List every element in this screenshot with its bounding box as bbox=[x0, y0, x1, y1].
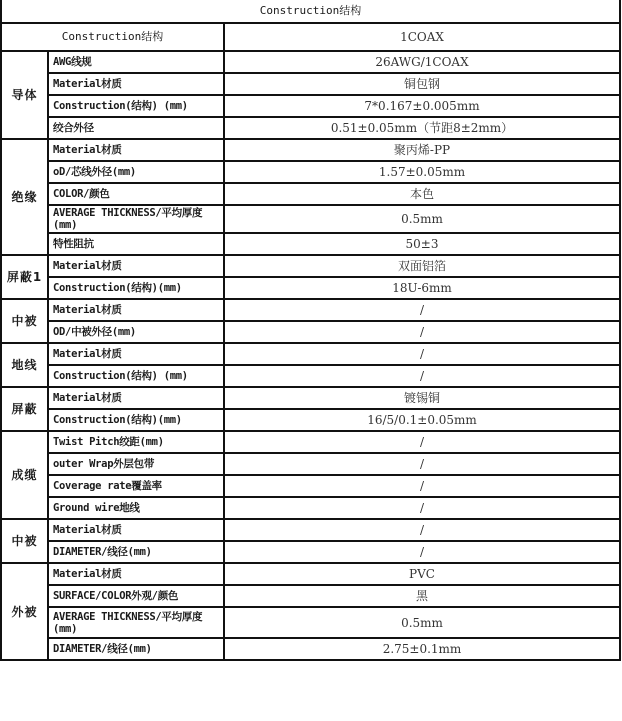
row-value: 0.5mm bbox=[224, 205, 620, 233]
row-label: DIAMETER/线径(mm) bbox=[48, 541, 224, 563]
row-value: 18U-6mm bbox=[224, 277, 620, 299]
row-label: SURFACE/COLOR外观/颜色 bbox=[48, 585, 224, 607]
group-ground-wire: 地线 bbox=[1, 343, 48, 387]
table-row: 绞合外径 0.51±0.05mm（节距8±2mm） bbox=[1, 117, 620, 139]
row-label: Material材质 bbox=[48, 387, 224, 409]
row-value: 双面铝箔 bbox=[224, 255, 620, 277]
row-value: PVC bbox=[224, 563, 620, 585]
row-value: 50±3 bbox=[224, 233, 620, 255]
row-label: Construction(结构)(mm) bbox=[48, 409, 224, 431]
row-label: Material材质 bbox=[48, 343, 224, 365]
row-label: AVERAGE THICKNESS/平均厚度(mm) bbox=[48, 607, 224, 638]
table-row: outer Wrap外层包带 / bbox=[1, 453, 620, 475]
row-value: / bbox=[224, 299, 620, 321]
row-label: OD/中被外径(mm) bbox=[48, 321, 224, 343]
header-value: 1COAX bbox=[224, 23, 620, 51]
header-label: Construction结构 bbox=[1, 23, 224, 51]
row-value: / bbox=[224, 431, 620, 453]
row-label: Material材质 bbox=[48, 255, 224, 277]
table-row: 屏蔽 Material材质 镀锡铜 bbox=[1, 387, 620, 409]
row-label: Construction(结构) (mm) bbox=[48, 95, 224, 117]
table-row: 成缆 Twist Pitch绞距(mm) / bbox=[1, 431, 620, 453]
table-row: AVERAGE THICKNESS/平均厚度(mm) 0.5mm bbox=[1, 205, 620, 233]
row-label: 特性阻抗 bbox=[48, 233, 224, 255]
row-label: AVERAGE THICKNESS/平均厚度(mm) bbox=[48, 205, 224, 233]
group-outer-jacket: 外被 bbox=[1, 563, 48, 660]
row-value: 本色 bbox=[224, 183, 620, 205]
group-conductor: 导体 bbox=[1, 51, 48, 139]
table-row: oD/芯线外径(mm) 1.57±0.05mm bbox=[1, 161, 620, 183]
table-title: Construction结构 bbox=[1, 0, 620, 23]
header-row: Construction结构 1COAX bbox=[1, 23, 620, 51]
row-value: 镀锡铜 bbox=[224, 387, 620, 409]
group-cabling: 成缆 bbox=[1, 431, 48, 519]
table-row: DIAMETER/线径(mm) 2.75±0.1mm bbox=[1, 638, 620, 660]
group-shield: 屏蔽 bbox=[1, 387, 48, 431]
row-label: oD/芯线外径(mm) bbox=[48, 161, 224, 183]
table-row: 屏蔽1 Material材质 双面铝箔 bbox=[1, 255, 620, 277]
row-label: Material材质 bbox=[48, 139, 224, 161]
row-value: 2.75±0.1mm bbox=[224, 638, 620, 660]
table-title-row: Construction结构 bbox=[1, 0, 620, 23]
table-row: Construction(结构)(mm) 18U-6mm bbox=[1, 277, 620, 299]
table-row: 外被 Material材质 PVC bbox=[1, 563, 620, 585]
table-row: COLOR/颜色 本色 bbox=[1, 183, 620, 205]
table-row: Construction(结构) (mm) 7*0.167±0.005mm bbox=[1, 95, 620, 117]
row-label: Construction(结构) (mm) bbox=[48, 365, 224, 387]
table-row: OD/中被外径(mm) / bbox=[1, 321, 620, 343]
table-row: Ground wire地线 / bbox=[1, 497, 620, 519]
row-value: 7*0.167±0.005mm bbox=[224, 95, 620, 117]
row-label: DIAMETER/线径(mm) bbox=[48, 638, 224, 660]
row-value: / bbox=[224, 519, 620, 541]
row-label: Material材质 bbox=[48, 563, 224, 585]
row-value: 黑 bbox=[224, 585, 620, 607]
row-label: outer Wrap外层包带 bbox=[48, 453, 224, 475]
row-label: Material材质 bbox=[48, 73, 224, 95]
row-value: / bbox=[224, 321, 620, 343]
row-label: Material材质 bbox=[48, 519, 224, 541]
table-row: Coverage rate覆盖率 / bbox=[1, 475, 620, 497]
row-value: 0.51±0.05mm（节距8±2mm） bbox=[224, 117, 620, 139]
row-value: 26AWG/1COAX bbox=[224, 51, 620, 73]
row-label: Twist Pitch绞距(mm) bbox=[48, 431, 224, 453]
group-inner-jacket: 中被 bbox=[1, 299, 48, 343]
construction-spec-table: Construction结构 Construction结构 1COAX 导体 A… bbox=[0, 0, 621, 661]
table-row: AVERAGE THICKNESS/平均厚度(mm) 0.5mm bbox=[1, 607, 620, 638]
row-value: / bbox=[224, 497, 620, 519]
table-row: 特性阻抗 50±3 bbox=[1, 233, 620, 255]
table-row: 地线 Material材质 / bbox=[1, 343, 620, 365]
group-inner-jacket-2: 中被 bbox=[1, 519, 48, 563]
row-label: COLOR/颜色 bbox=[48, 183, 224, 205]
row-value: 聚丙烯-PP bbox=[224, 139, 620, 161]
row-label: 绞合外径 bbox=[48, 117, 224, 139]
table-row: DIAMETER/线径(mm) / bbox=[1, 541, 620, 563]
row-value: / bbox=[224, 453, 620, 475]
row-value: / bbox=[224, 541, 620, 563]
table-row: 中被 Material材质 / bbox=[1, 299, 620, 321]
group-shield-1: 屏蔽1 bbox=[1, 255, 48, 299]
row-value: 0.5mm bbox=[224, 607, 620, 638]
row-label: AWG线规 bbox=[48, 51, 224, 73]
row-label: Ground wire地线 bbox=[48, 497, 224, 519]
table-row: 导体 AWG线规 26AWG/1COAX bbox=[1, 51, 620, 73]
row-value: 16/5/0.1±0.05mm bbox=[224, 409, 620, 431]
table-row: SURFACE/COLOR外观/颜色 黑 bbox=[1, 585, 620, 607]
group-insulation: 绝缘 bbox=[1, 139, 48, 255]
row-value: 1.57±0.05mm bbox=[224, 161, 620, 183]
table-row: Construction(结构) (mm) / bbox=[1, 365, 620, 387]
table-row: Material材质 铜包钢 bbox=[1, 73, 620, 95]
row-value: 铜包钢 bbox=[224, 73, 620, 95]
table-row: 中被 Material材质 / bbox=[1, 519, 620, 541]
row-value: / bbox=[224, 343, 620, 365]
row-label: Construction(结构)(mm) bbox=[48, 277, 224, 299]
row-value: / bbox=[224, 365, 620, 387]
row-label: Coverage rate覆盖率 bbox=[48, 475, 224, 497]
table-row: Construction(结构)(mm) 16/5/0.1±0.05mm bbox=[1, 409, 620, 431]
table-row: 绝缘 Material材质 聚丙烯-PP bbox=[1, 139, 620, 161]
row-label: Material材质 bbox=[48, 299, 224, 321]
row-value: / bbox=[224, 475, 620, 497]
